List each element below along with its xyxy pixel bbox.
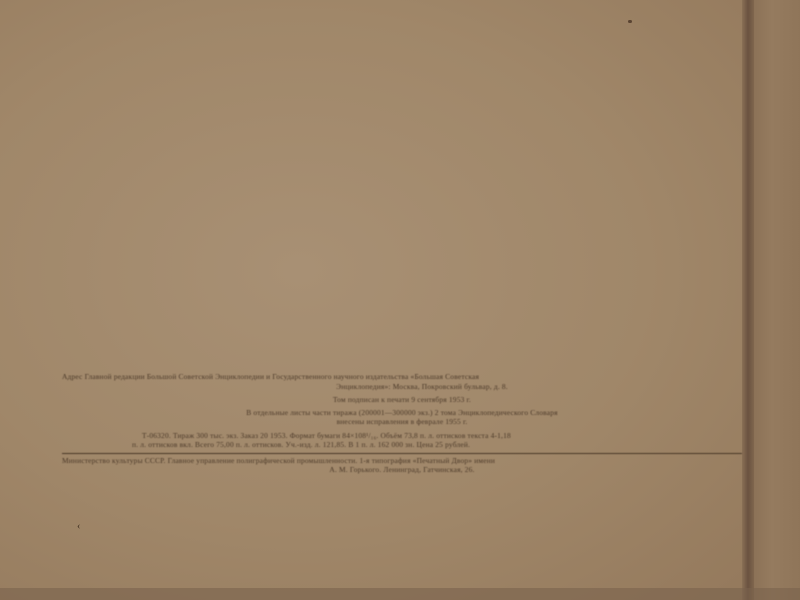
colophon: Адрес Главной редакции Большой Советской… — [62, 372, 742, 475]
print-note-line-1: В отдельные листы части тиража (200001—3… — [62, 408, 742, 418]
specs-line-2: п. л. оттисков вкл. Всего 75,00 п. л. от… — [62, 440, 742, 450]
page-bottom-shadow — [0, 588, 800, 600]
paper-speck — [628, 20, 632, 23]
signed-for-print: Том подписан к печати 9 сентября 1953 г. — [62, 395, 742, 405]
address-line-2: Энциклопедия»: Москва, Покровский бульва… — [62, 382, 742, 392]
printer-line-2: А. М. Горького. Ленинград, Гатчинская, 2… — [62, 465, 742, 475]
print-note-line-2: внесены исправления в феврале 1955 г. — [62, 417, 742, 427]
address-line-1: Адрес Главной редакции Большой Советской… — [62, 372, 742, 382]
printer-line-1: Министерство культуры СССР. Главное упра… — [62, 456, 742, 466]
facing-page-edge — [754, 0, 800, 600]
divider-rule — [62, 453, 742, 454]
book-gutter — [742, 0, 754, 600]
ink-mark: ‹ — [77, 521, 83, 527]
specs-line-1: Т-06320. Тираж 300 тыс. экз. Заказ 20 19… — [62, 431, 742, 441]
book-page — [0, 0, 748, 600]
